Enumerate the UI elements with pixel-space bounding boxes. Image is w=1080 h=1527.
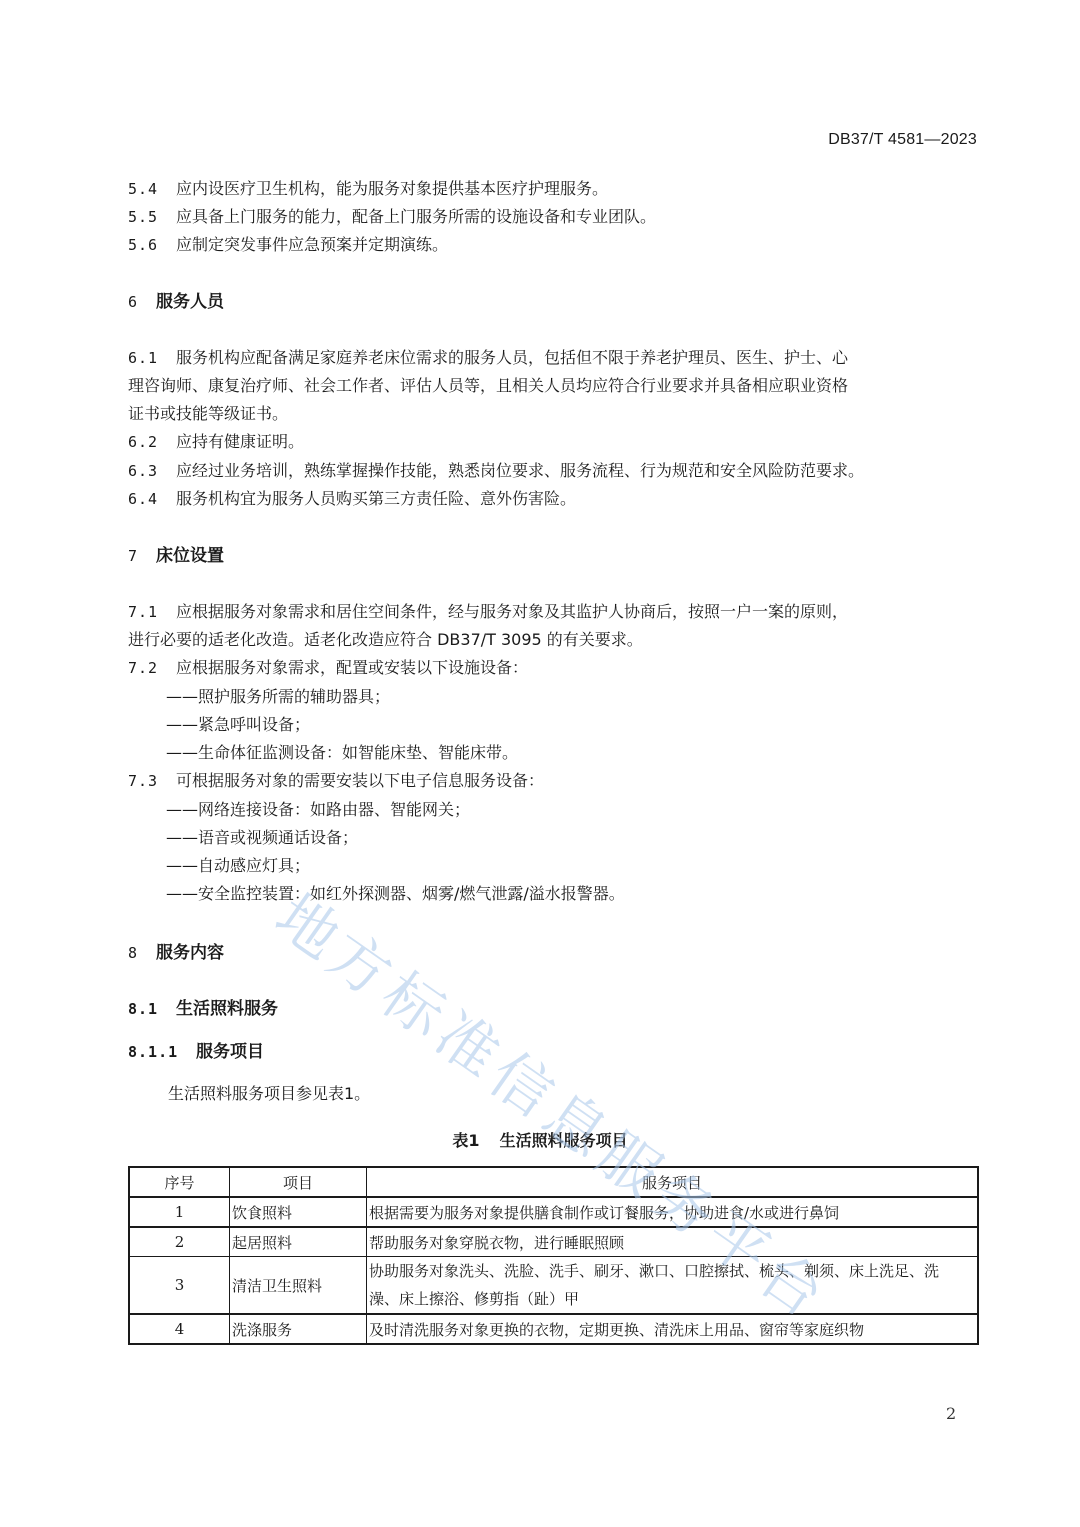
list-item: ——紧急呼叫设备； <box>166 715 310 735</box>
list-item: ——生命体征监测设备：如智能床垫、智能床带。 <box>166 743 518 763</box>
section-8-1-1-heading: 8.1.1服务项目 <box>128 1042 264 1062</box>
table-row: 2 起居照料 帮助服务对象穿脱衣物，进行睡眠照顾 <box>129 1227 978 1257</box>
table-row: 1 饮食照料 根据需要为服务对象提供膳食制作或订餐服务，协助进食/水或进行鼻饲 <box>129 1197 978 1227</box>
list-item: ——照护服务所需的辅助器具； <box>166 687 390 707</box>
cell-service: 根据需要为服务对象提供膳食制作或订餐服务，协助进食/水或进行鼻饲 <box>367 1197 979 1227</box>
clause-7-2: 7.2应根据服务对象需求，配置或安装以下设施设备： <box>128 658 528 678</box>
clause-6-4: 6.4服务机构宜为服务人员购买第三方责任险、意外伤害险。 <box>128 489 576 509</box>
table-reference-paragraph: 生活照料服务项目参见表1。 <box>168 1084 370 1104</box>
list-item: ——安全监控装置：如红外探测器、烟雾/燃气泄露/溢水报警器。 <box>166 884 625 904</box>
cell-no: 2 <box>129 1227 230 1257</box>
cell-service: 帮助服务对象穿脱衣物，进行睡眠照顾 <box>367 1227 979 1257</box>
header-no: 序号 <box>129 1167 230 1197</box>
service-items-table: 序号 项目 服务项目 1 饮食照料 根据需要为服务对象提供膳食制作或订餐服务，协… <box>128 1166 979 1345</box>
cell-service: 及时清洗服务对象更换的衣物，定期更换、清洗床上用品、窗帘等家庭织物 <box>367 1314 979 1344</box>
table-caption: 表1生活照料服务项目 <box>0 1128 1080 1151</box>
header-item: 项目 <box>230 1167 367 1197</box>
clause-6-1: 6.1服务机构应配备满足家庭养老床位需求的服务人员，包括但不限于养老护理员、医生… <box>128 348 848 368</box>
table-row: 3 清洁卫生照料 协助服务对象洗头、洗脸、洗手、刷牙、漱口、口腔擦拭、梳头、剃须… <box>129 1257 978 1315</box>
cell-item: 清洁卫生照料 <box>230 1257 367 1315</box>
clause-6-1-line2: 理咨询师、康复治疗师、社会工作者、评估人员等，且相关人员均应符合行业要求并具备相… <box>128 376 848 396</box>
section-6-heading: 6服务人员 <box>128 292 224 312</box>
header-service: 服务项目 <box>367 1167 979 1197</box>
table-row: 4 洗涤服务 及时清洗服务对象更换的衣物，定期更换、清洗床上用品、窗帘等家庭织物 <box>129 1314 978 1344</box>
clause-6-1-line3: 证书或技能等级证书。 <box>128 404 288 424</box>
cell-service: 协助服务对象洗头、洗脸、洗手、刷牙、漱口、口腔擦拭、梳头、剃须、床上洗足、洗澡、… <box>367 1257 979 1315</box>
cell-item: 起居照料 <box>230 1227 367 1257</box>
page-number: 2 <box>946 1404 956 1423</box>
document-page: DB37/T 4581—2023 5.4应内设医疗卫生机构，能为服务对象提供基本… <box>0 0 1080 1527</box>
list-item: ——自动感应灯具； <box>166 856 310 876</box>
clause-7-1-line2: 进行必要的适老化改造。适老化改造应符合 DB37/T 3095 的有关要求。 <box>128 630 643 650</box>
table-header-row: 序号 项目 服务项目 <box>129 1167 978 1197</box>
clause-7-1: 7.1应根据服务对象需求和居住空间条件，经与服务对象及其监护人协商后，按照一户一… <box>128 602 848 622</box>
cell-no: 1 <box>129 1197 230 1227</box>
standard-code: DB37/T 4581—2023 <box>828 131 977 149</box>
section-8-1-heading: 8.1生活照料服务 <box>128 999 278 1019</box>
clause-7-3: 7.3可根据服务对象的需要安装以下电子信息服务设备： <box>128 771 544 791</box>
clause-6-2: 6.2应持有健康证明。 <box>128 432 304 452</box>
cell-item: 洗涤服务 <box>230 1314 367 1344</box>
clause-6-3: 6.3应经过业务培训，熟练掌握操作技能，熟悉岗位要求、服务流程、行为规范和安全风… <box>128 461 864 481</box>
cell-no: 3 <box>129 1257 230 1315</box>
list-item: ——语音或视频通话设备； <box>166 828 358 848</box>
clause-5-4: 5.4应内设医疗卫生机构，能为服务对象提供基本医疗护理服务。 <box>128 179 608 199</box>
list-item: ——网络连接设备：如路由器、智能网关； <box>166 800 470 820</box>
cell-item: 饮食照料 <box>230 1197 367 1227</box>
cell-no: 4 <box>129 1314 230 1344</box>
clause-5-6: 5.6应制定突发事件应急预案并定期演练。 <box>128 235 448 255</box>
section-8-heading: 8服务内容 <box>128 943 224 963</box>
section-7-heading: 7床位设置 <box>128 546 224 566</box>
clause-5-5: 5.5应具备上门服务的能力，配备上门服务所需的设施设备和专业团队。 <box>128 207 656 227</box>
